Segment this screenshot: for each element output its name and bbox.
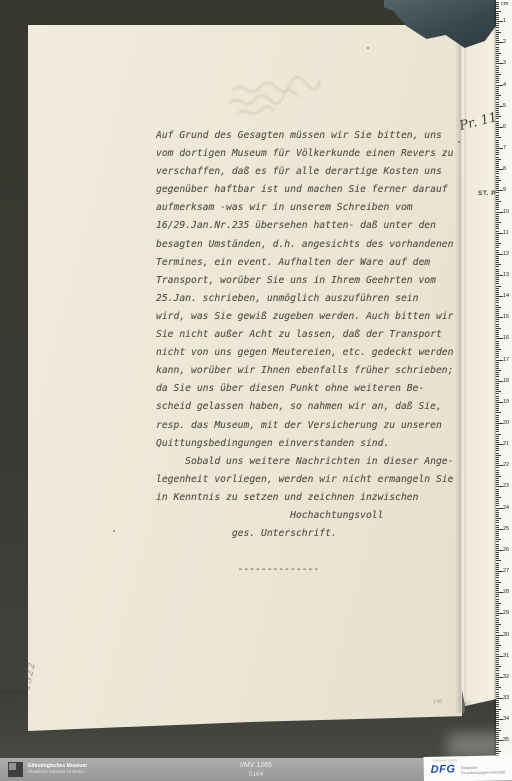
ruler-number: 34 bbox=[503, 716, 509, 722]
ruler-tick bbox=[496, 436, 499, 437]
ruler-tick bbox=[496, 415, 499, 416]
ruler-tick bbox=[496, 753, 499, 754]
ruler-tick bbox=[496, 465, 503, 466]
ruler-tick bbox=[496, 567, 499, 568]
ruler-tick bbox=[496, 423, 503, 424]
ruler-tick bbox=[496, 685, 499, 686]
ruler-tick bbox=[496, 319, 499, 320]
ruler-tick bbox=[496, 664, 499, 665]
dfg-funding-panel: Gefördert durch DFG Deutsche Forschungsg… bbox=[423, 755, 512, 781]
ruler-tick bbox=[496, 44, 499, 45]
ruler-tick bbox=[496, 510, 499, 511]
ruler-tick bbox=[496, 167, 499, 168]
ruler-tick bbox=[496, 70, 499, 71]
ruler-tick bbox=[496, 326, 499, 327]
ruler-tick bbox=[496, 541, 499, 542]
ruler-tick bbox=[496, 529, 503, 530]
ruler-tick bbox=[496, 2, 499, 3]
ruler-tick bbox=[496, 324, 499, 325]
ruler-tick bbox=[496, 482, 499, 483]
ruler-tick bbox=[496, 520, 499, 521]
ruler-tick bbox=[496, 376, 499, 377]
ruler-tick bbox=[496, 736, 499, 737]
ruler-tick bbox=[496, 82, 499, 83]
ruler-tick bbox=[496, 641, 499, 642]
ruler-tick bbox=[496, 23, 499, 24]
ruler-tick bbox=[496, 32, 501, 33]
ruler-number: 32 bbox=[503, 674, 509, 680]
ruler-tick bbox=[496, 675, 499, 676]
ruler-tick bbox=[496, 751, 501, 752]
ruler-tick bbox=[496, 13, 499, 14]
dfg-name-line2: Forschungsgemeinschaft bbox=[461, 769, 506, 775]
ruler-tick bbox=[496, 450, 499, 451]
ruler-tick bbox=[496, 744, 499, 745]
shelfmark-block: I/MV 1265 0164 bbox=[180, 761, 332, 779]
ruler-tick bbox=[496, 226, 499, 227]
typed-line: Sobald uns weitere Nachrichten in dieser… bbox=[156, 453, 458, 471]
ruler-tick bbox=[496, 364, 499, 365]
ruler-tick bbox=[496, 497, 501, 498]
ruler-tick bbox=[496, 157, 499, 158]
ruler-tick bbox=[496, 571, 503, 572]
ruler-tick bbox=[496, 140, 499, 141]
ruler-tick bbox=[496, 30, 499, 31]
ruler-tick bbox=[496, 601, 499, 602]
ruler-tick bbox=[496, 569, 499, 570]
ruler-tick bbox=[496, 201, 501, 202]
ruler-tick bbox=[496, 34, 499, 35]
ruler-tick bbox=[496, 425, 499, 426]
ruler-tick bbox=[496, 662, 499, 663]
ruler-tick bbox=[496, 8, 499, 9]
ruler-tick bbox=[496, 148, 503, 149]
ruler-tick bbox=[496, 135, 499, 136]
ruler-tick bbox=[496, 209, 499, 210]
ruler-number: 35 bbox=[503, 737, 509, 743]
ruler-tick bbox=[496, 725, 499, 726]
ruler-tick bbox=[496, 336, 499, 337]
ruler-tick bbox=[496, 486, 503, 487]
ruler-tick bbox=[496, 275, 503, 276]
ruler-tick bbox=[496, 687, 501, 688]
ruler-tick bbox=[496, 683, 499, 684]
ruler-tick bbox=[496, 546, 499, 547]
ruler-tick bbox=[496, 184, 499, 185]
ruler-tick bbox=[496, 89, 499, 90]
ruler-tick bbox=[496, 694, 499, 695]
ruler-tick bbox=[496, 544, 499, 545]
ruler-tick bbox=[496, 269, 499, 270]
ruler-tick bbox=[496, 637, 499, 638]
ruler-tick bbox=[496, 264, 501, 265]
ruler-tick bbox=[496, 15, 499, 16]
ruler-tick bbox=[496, 203, 499, 204]
ruler-tick bbox=[496, 594, 499, 595]
ruler-tick bbox=[496, 197, 499, 198]
ruler-tick bbox=[496, 715, 499, 716]
typed-line: nicht von uns gegen Meutereien, etc. ged… bbox=[156, 344, 458, 362]
ruler-tick bbox=[496, 114, 499, 115]
ruler-tick bbox=[496, 622, 499, 623]
ruler-tick bbox=[496, 106, 503, 107]
ruler-tick bbox=[496, 220, 499, 221]
ruler-tick bbox=[496, 391, 501, 392]
ruler-tick bbox=[496, 53, 501, 54]
ruler-tick bbox=[496, 385, 499, 386]
ruler-tick bbox=[496, 171, 499, 172]
pencil-folio-number: 141 bbox=[462, 701, 472, 708]
ruler-tick bbox=[496, 133, 499, 134]
stamp-fragment: ST. P bbox=[478, 190, 496, 197]
ruler-tick bbox=[496, 152, 499, 153]
ink-speck bbox=[458, 141, 460, 143]
ruler-tick bbox=[496, 742, 499, 743]
ruler-tick bbox=[496, 584, 499, 585]
ruler-tick bbox=[496, 626, 499, 627]
ruler-tick bbox=[496, 307, 501, 308]
ruler-tick bbox=[496, 218, 499, 219]
ruler-tick bbox=[496, 702, 499, 703]
ruler-tick bbox=[496, 440, 499, 441]
ruler-tick bbox=[496, 539, 501, 540]
ruler-tick bbox=[496, 131, 499, 132]
ruler-tick bbox=[496, 410, 499, 411]
ruler-tick bbox=[496, 129, 499, 130]
ruler-tick bbox=[496, 110, 499, 111]
ruler-tick bbox=[496, 632, 499, 633]
ruler-tick bbox=[496, 235, 499, 236]
ruler-tick bbox=[496, 95, 501, 96]
ruler-tick bbox=[496, 254, 503, 255]
ruler-tick bbox=[496, 180, 501, 181]
ruler-tick bbox=[496, 398, 499, 399]
ruler-tick bbox=[496, 85, 503, 86]
ruler-tick bbox=[496, 747, 499, 748]
ruler-tick bbox=[496, 628, 499, 629]
ruler-tick bbox=[496, 692, 499, 693]
ruler-tick bbox=[496, 313, 499, 314]
ruler-tick bbox=[496, 438, 499, 439]
ruler-tick bbox=[496, 393, 499, 394]
ruler-tick bbox=[496, 740, 503, 741]
ruler-tick bbox=[496, 273, 499, 274]
ruler-tick bbox=[496, 514, 499, 515]
ruler-tick bbox=[496, 721, 499, 722]
ruler-tick bbox=[496, 296, 503, 297]
ruler-tick bbox=[496, 495, 499, 496]
typed-letter-body: Auf Grund des Gesagten müssen wir Sie bi… bbox=[156, 127, 458, 579]
ruler-tick bbox=[496, 176, 499, 177]
ruler-tick bbox=[496, 260, 499, 261]
ruler-tick bbox=[496, 618, 499, 619]
ruler-tick bbox=[496, 402, 503, 403]
ruler-tick bbox=[496, 527, 499, 528]
ruler-tick bbox=[496, 163, 499, 164]
ruler-number: 29 bbox=[503, 610, 509, 616]
ruler-tick bbox=[496, 241, 499, 242]
ruler-tick bbox=[496, 59, 499, 60]
typed-line: Auf Grund des Gesagten müssen wir Sie bi… bbox=[156, 127, 458, 145]
ruler-tick bbox=[496, 639, 499, 640]
ruler-tick bbox=[496, 102, 499, 103]
ruler-tick bbox=[496, 6, 499, 7]
ruler-tick bbox=[496, 374, 499, 375]
ruler-tick bbox=[496, 165, 499, 166]
ruler-tick bbox=[496, 455, 501, 456]
ruler-number: 25 bbox=[503, 526, 509, 532]
typed-line: legenheit vorliegen, werden wir nicht er… bbox=[156, 471, 458, 489]
ruler-tick bbox=[496, 112, 499, 113]
ruler-tick bbox=[496, 4, 499, 5]
ruler-tick bbox=[496, 159, 501, 160]
ruler-number: 22 bbox=[503, 462, 509, 468]
ruler-tick bbox=[496, 91, 499, 92]
ruler-tick bbox=[496, 396, 499, 397]
ruler-tick bbox=[496, 656, 503, 657]
ruler-tick bbox=[496, 357, 499, 358]
ruler-tick bbox=[496, 372, 499, 373]
ruler-tick bbox=[496, 47, 499, 48]
ruler-tick bbox=[496, 666, 501, 667]
ruler-tick bbox=[496, 368, 499, 369]
ruler-tick bbox=[496, 266, 499, 267]
ruler-tick bbox=[496, 480, 499, 481]
typed-line: wird, was Sie gewiß zugeben werden. Auch… bbox=[156, 308, 458, 326]
ruler-tick bbox=[496, 696, 499, 697]
ruler-number: 14 bbox=[503, 293, 509, 299]
ruler-tick bbox=[496, 406, 499, 407]
ruler-tick bbox=[496, 349, 501, 350]
ruler-tick bbox=[496, 651, 499, 652]
typed-line: besagten Umständen, d.h. angesichts des … bbox=[156, 236, 458, 254]
ruler-tick bbox=[496, 381, 503, 382]
ruler-tick bbox=[496, 231, 499, 232]
ruler-tick bbox=[496, 615, 499, 616]
ruler-tick bbox=[496, 518, 501, 519]
ruler-tick bbox=[496, 237, 499, 238]
ruler-tick bbox=[496, 605, 499, 606]
ruler-tick bbox=[496, 19, 499, 20]
ruler-tick bbox=[496, 446, 499, 447]
ruler-tick bbox=[496, 599, 499, 600]
ruler-tick bbox=[496, 286, 501, 287]
cm-ruler: cm 1234567891011121314151617181920212223… bbox=[496, 0, 512, 781]
ruler-tick bbox=[496, 309, 499, 310]
ruler-tick bbox=[496, 609, 499, 610]
ruler-tick bbox=[496, 169, 503, 170]
ruler-tick bbox=[496, 27, 499, 28]
typed-line: scheid gelassen haben, so nahmen wir an,… bbox=[156, 398, 458, 416]
typed-line: -------------- bbox=[156, 561, 458, 579]
ruler-tick bbox=[496, 205, 499, 206]
ruler-tick bbox=[496, 431, 499, 432]
ruler-tick bbox=[496, 290, 499, 291]
ruler-tick bbox=[496, 711, 499, 712]
ruler-tick bbox=[496, 723, 499, 724]
ruler-tick bbox=[496, 150, 499, 151]
ruler-tick bbox=[496, 351, 499, 352]
museum-identity: Ethnologisches Museum Staatliche Museen … bbox=[28, 763, 87, 775]
ruler-number: 24 bbox=[503, 505, 509, 511]
ruler-number: 17 bbox=[503, 357, 509, 363]
ruler-number: 19 bbox=[503, 399, 509, 405]
ruler-tick bbox=[496, 63, 503, 64]
ruler-tick bbox=[496, 99, 499, 100]
typed-line: in Kenntnis zu setzen und zeichnen inzwi… bbox=[156, 489, 458, 507]
ruler-tick bbox=[496, 516, 499, 517]
typed-line: da Sie uns über diesen Punkt ohne weiter… bbox=[156, 380, 458, 398]
typed-line: Quittungsbedingungen einverstanden sind. bbox=[156, 435, 458, 453]
ruler-tick bbox=[496, 474, 499, 475]
ruler-tick bbox=[496, 668, 499, 669]
ruler-tick bbox=[496, 512, 499, 513]
ruler-tick bbox=[496, 353, 499, 354]
ruler-tick bbox=[496, 596, 499, 597]
ruler-tick bbox=[496, 611, 499, 612]
ruler-tick bbox=[496, 302, 499, 303]
ink-speck bbox=[113, 530, 115, 532]
ruler-tick bbox=[496, 66, 499, 67]
ruler-tick bbox=[496, 489, 499, 490]
ruler-number: 31 bbox=[503, 653, 509, 659]
ruler-tick bbox=[496, 298, 499, 299]
ruler-tick bbox=[496, 713, 499, 714]
ruler-tick bbox=[496, 21, 503, 22]
ruler-tick bbox=[496, 239, 499, 240]
typed-line: 16/29.Jan.Nr.235 übersehen hatten- daß u… bbox=[156, 217, 458, 235]
ruler-tick bbox=[496, 730, 501, 731]
ruler-number: 5 bbox=[503, 103, 506, 109]
ruler-tick bbox=[496, 341, 499, 342]
ruler-number: 30 bbox=[503, 632, 509, 638]
museum-logo-icon bbox=[8, 762, 23, 777]
ruler-number: 3 bbox=[503, 60, 506, 66]
ruler-tick bbox=[496, 552, 499, 553]
ruler-tick bbox=[496, 719, 503, 720]
ruler-tick bbox=[496, 334, 499, 335]
ruler-tick bbox=[496, 224, 499, 225]
ruler-tick bbox=[496, 643, 499, 644]
typed-line: Termines, ein event. Aufhalten der Ware … bbox=[156, 254, 458, 272]
typed-line: Sie nicht außer Acht zu lassen, daß der … bbox=[156, 326, 458, 344]
ruler-tick bbox=[496, 478, 499, 479]
ruler-tick bbox=[496, 525, 499, 526]
ruler-tick bbox=[496, 624, 501, 625]
ruler-tick bbox=[496, 706, 499, 707]
ruler-number: 11 bbox=[503, 230, 509, 236]
ruler-tick bbox=[496, 345, 499, 346]
ruler-tick bbox=[496, 25, 499, 26]
ruler-tick bbox=[496, 355, 499, 356]
ruler-tick bbox=[496, 68, 499, 69]
ruler-tick bbox=[496, 387, 499, 388]
ruler-number: 13 bbox=[503, 272, 509, 278]
ruler-tick bbox=[496, 603, 501, 604]
ruler-tick bbox=[496, 199, 499, 200]
ruler-tick bbox=[496, 338, 503, 339]
ruler-tick bbox=[496, 186, 499, 187]
ruler-number: 7 bbox=[503, 145, 506, 151]
ruler-number: 4 bbox=[503, 82, 506, 88]
ruler-tick bbox=[496, 38, 499, 39]
ruler-tick bbox=[496, 271, 499, 272]
ruler-tick bbox=[496, 700, 499, 701]
ruler-tick bbox=[496, 749, 499, 750]
ruler-tick bbox=[496, 419, 499, 420]
ruler-number: 8 bbox=[503, 166, 506, 172]
ruler-number: 27 bbox=[503, 568, 509, 574]
dfg-full-name: Deutsche Forschungsgemeinschaft bbox=[461, 764, 506, 775]
ruler-tick bbox=[496, 258, 499, 259]
ruler-tick bbox=[496, 554, 499, 555]
ruler-tick bbox=[496, 243, 501, 244]
ruler-tick bbox=[496, 630, 499, 631]
ruler-tick bbox=[496, 343, 499, 344]
ruler-tick bbox=[496, 121, 499, 122]
ruler-tick bbox=[496, 709, 501, 710]
ruler-tick bbox=[496, 704, 499, 705]
ruler-tick bbox=[496, 476, 501, 477]
ruler-unit-label: cm bbox=[501, 1, 508, 7]
ruler-tick bbox=[496, 195, 499, 196]
ruler-tick bbox=[496, 383, 499, 384]
ruler-tick bbox=[496, 577, 499, 578]
ruler-tick bbox=[496, 537, 499, 538]
ruler-number: 2 bbox=[503, 39, 506, 45]
ruler-tick bbox=[496, 80, 499, 81]
ruler-tick bbox=[496, 347, 499, 348]
ruler-tick bbox=[496, 499, 499, 500]
ruler-number: 33 bbox=[503, 695, 509, 701]
ruler-tick bbox=[496, 222, 501, 223]
ruler-tick bbox=[496, 427, 499, 428]
ruler-tick bbox=[496, 78, 499, 79]
ruler-tick bbox=[496, 560, 501, 561]
ruler-tick bbox=[496, 72, 499, 73]
ruler-tick bbox=[496, 620, 499, 621]
ruler-tick bbox=[496, 649, 499, 650]
typed-line: resp. das Museum, mit der Versicherung z… bbox=[156, 417, 458, 435]
museum-subtitle: Staatliche Museen zu Berlin bbox=[28, 769, 87, 775]
ruler-tick bbox=[496, 442, 499, 443]
ruler-tick bbox=[496, 360, 503, 361]
ruler-tick bbox=[496, 288, 499, 289]
ink-speck bbox=[367, 47, 369, 49]
ruler-tick bbox=[496, 173, 499, 174]
ruler-tick bbox=[496, 444, 503, 445]
ruler-tick bbox=[496, 188, 499, 189]
ruler-tick bbox=[496, 214, 499, 215]
ruler-tick bbox=[496, 74, 501, 75]
ruler-tick bbox=[496, 400, 499, 401]
ruler-tick bbox=[496, 55, 499, 56]
ruler-tick bbox=[496, 315, 499, 316]
ruler-tick bbox=[496, 212, 503, 213]
ruler-tick bbox=[496, 535, 499, 536]
ruler-tick bbox=[496, 429, 499, 430]
ruler-tick bbox=[496, 87, 499, 88]
ruler-tick bbox=[496, 522, 499, 523]
ruler-tick bbox=[496, 582, 501, 583]
ruler-tick bbox=[496, 453, 499, 454]
ruler-tick bbox=[496, 573, 499, 574]
ruler-tick bbox=[496, 330, 499, 331]
ruler-tick bbox=[496, 673, 499, 674]
ruler-tick bbox=[496, 311, 499, 312]
ruler-tick bbox=[496, 283, 499, 284]
ruler-tick bbox=[496, 503, 499, 504]
